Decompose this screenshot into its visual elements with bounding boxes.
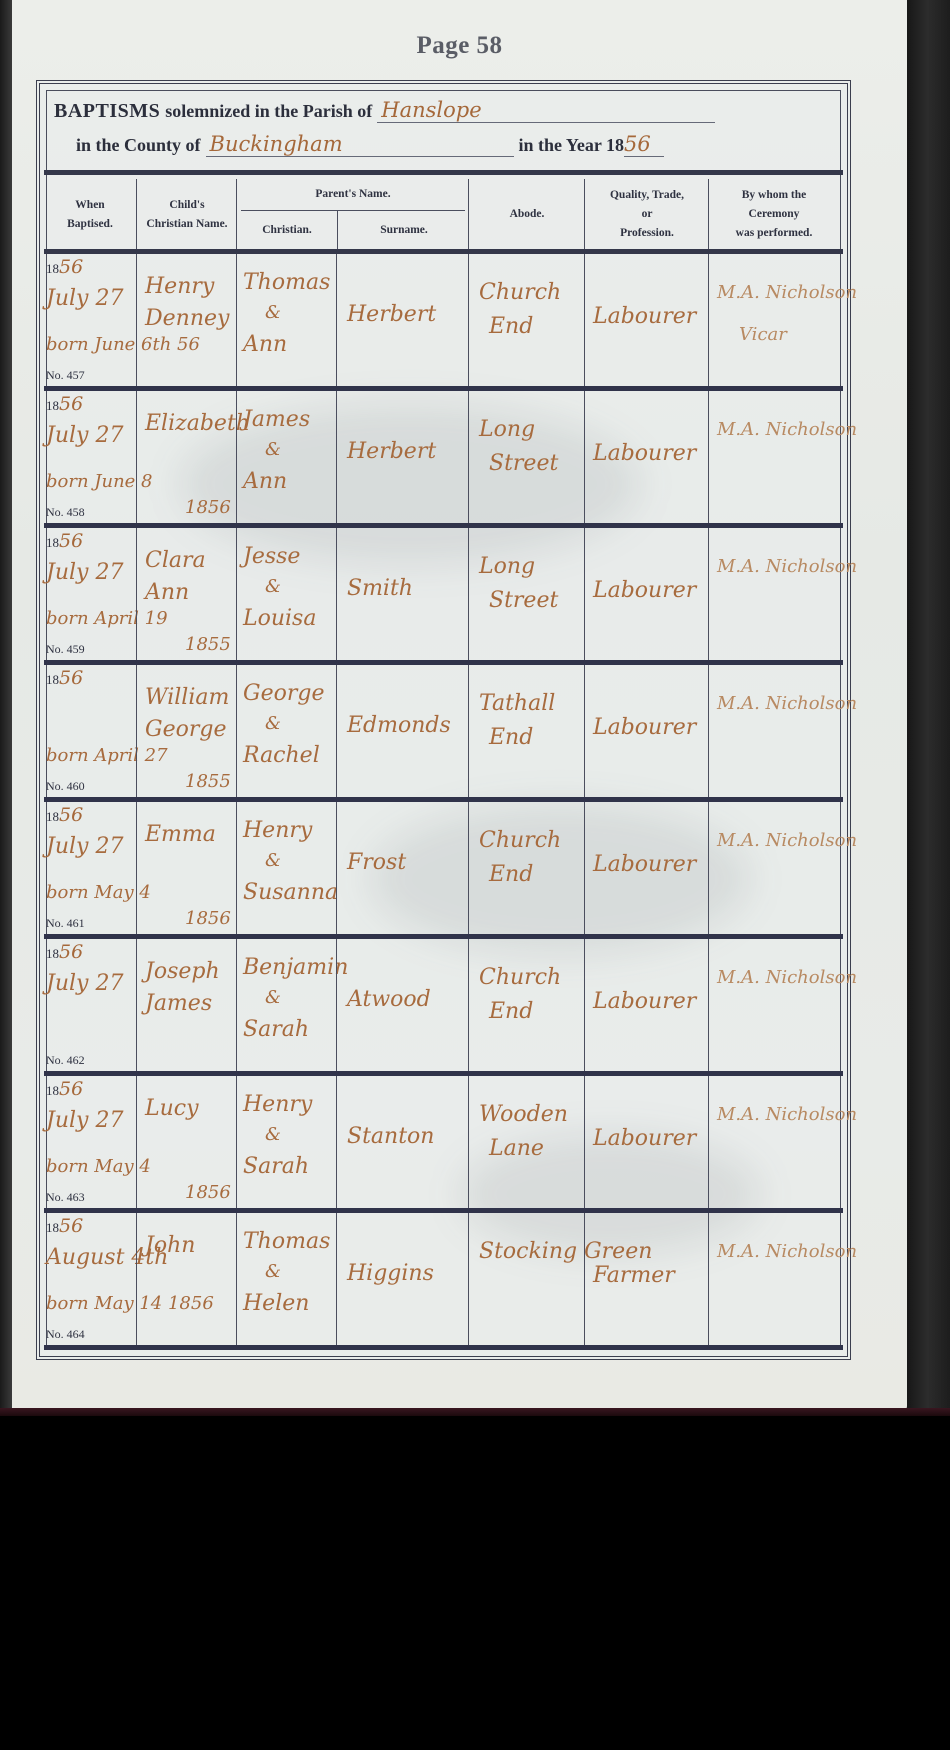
parents-ampersand: & (265, 441, 281, 459)
book-cover-left-edge (0, 0, 12, 1410)
surname: Herbert (347, 441, 436, 463)
entry-number: No. 462 (46, 1053, 85, 1068)
father-name: James (243, 409, 310, 431)
header-ceremony-by: By whom theCeremonywas performed. (708, 179, 839, 250)
county-name: Buckingham (206, 132, 514, 157)
birth-year: 1855 (185, 773, 231, 791)
mother-name: Ann (243, 471, 287, 493)
cell-profession: Labourer (584, 1076, 708, 1208)
register-entry: 1856 July 27 born May 4 No. 461 Emma 185… (44, 802, 843, 934)
baptism-date: July 27 (46, 1110, 123, 1132)
cell-child-name: Elizabeth 1856 (136, 391, 236, 523)
parents-ampersand: & (265, 304, 281, 322)
parish-name: Hanslope (377, 98, 715, 123)
profession: Labourer (593, 1128, 696, 1150)
entry-year: 1856 (46, 1215, 83, 1237)
parents-ampersand: & (265, 852, 281, 870)
cell-when-baptised: 1856 July 27 born May 4 No. 463 (44, 1076, 136, 1208)
register-year-suffix: 56 (624, 132, 664, 157)
child-first-name: William (145, 687, 229, 709)
officiant-name: M.A. Nicholson (717, 695, 857, 713)
child-second-name: Denney (145, 308, 229, 330)
abode-line-1: Wooden (479, 1104, 568, 1126)
profession: Labourer (593, 443, 696, 465)
cell-profession: Labourer (584, 528, 708, 660)
header-child-name: Child'sChristian Name. (136, 179, 237, 250)
mother-name: Susanna (243, 882, 338, 904)
cell-when-baptised: 1856 July 27 No. 462 (44, 939, 136, 1071)
officiant-name: M.A. Nicholson (717, 284, 857, 302)
abode-line-2: End (489, 316, 533, 338)
header-when-baptised: WhenBaptised. (44, 179, 136, 250)
surname: Higgins (347, 1263, 434, 1285)
entry-year: 1856 (46, 530, 83, 552)
cell-surname: Atwood (336, 939, 468, 1071)
cell-abode: Long Street (468, 391, 584, 523)
child-first-name: Henry (145, 276, 214, 298)
baptism-date: July 27 (46, 836, 123, 858)
register-entry: 1856 July 27 born June 6th 56 No. 457 He… (44, 254, 843, 386)
cell-profession: Labourer (584, 391, 708, 523)
cell-officiant: M.A. Nicholson (708, 391, 838, 523)
cell-when-baptised: 1856 July 27 born June 8 No. 458 (44, 391, 136, 523)
cell-surname: Frost (336, 802, 468, 934)
mother-name: Ann (243, 334, 287, 356)
cell-officiant: M.A. Nicholson (708, 1213, 838, 1345)
abode-line-1: Church (479, 282, 561, 304)
surname: Atwood (347, 989, 431, 1011)
register-entry: 1856 July 27 born April 19 No. 459 Clara… (44, 528, 843, 660)
officiant-name: M.A. Nicholson (717, 421, 857, 439)
cell-officiant: M.A. Nicholson (708, 802, 838, 934)
register-entry: 1856 July 27 born June 8 No. 458 Elizabe… (44, 391, 843, 523)
register-entry: 1856 born April 27 No. 460 William Georg… (44, 665, 843, 797)
father-name: Thomas (243, 272, 330, 294)
birth-year: 1856 (185, 1184, 231, 1202)
child-first-name: Lucy (145, 1098, 199, 1120)
entry-number: No. 458 (46, 505, 85, 520)
entry-year: 1856 (46, 804, 83, 826)
cell-profession: Labourer (584, 802, 708, 934)
cell-surname: Edmonds (336, 665, 468, 797)
cell-officiant: M.A. Nicholson (708, 939, 838, 1071)
header-abode: Abode. (468, 179, 585, 250)
father-name: Henry (243, 820, 312, 842)
cell-when-baptised: 1856 July 27 born May 4 No. 461 (44, 802, 136, 934)
entry-number: No. 459 (46, 642, 85, 657)
cell-abode: Church End (468, 254, 584, 386)
profession: Labourer (593, 580, 696, 602)
entry-year: 1856 (46, 667, 83, 689)
profession: Labourer (593, 306, 696, 328)
baptism-date: July 27 (46, 562, 123, 584)
parents-ampersand: & (265, 578, 281, 596)
cell-child-name: William George 1855 (136, 665, 236, 797)
officiant-name: M.A. Nicholson (717, 558, 857, 576)
father-name: Jesse (243, 546, 300, 568)
header-quality-trade: Quality, Trade,orProfession. (584, 179, 709, 250)
child-first-name: Joseph (145, 961, 220, 983)
abode-line-2: Lane (489, 1138, 544, 1160)
entry-number: No. 461 (46, 916, 85, 931)
cell-parents-christian: Henry & Susanna (236, 802, 336, 934)
baptism-register-table: BAPTISMS solemnized in the Parish of Han… (36, 80, 851, 1360)
cell-officiant: M.A. Nicholson (708, 528, 838, 660)
surname: Herbert (347, 304, 436, 326)
surname: Edmonds (347, 715, 451, 737)
mother-name: Rachel (243, 745, 320, 767)
surname: Stanton (347, 1126, 434, 1148)
abode-line-2: Street (489, 590, 558, 612)
father-name: Benjamin (243, 957, 348, 979)
abode-line-2: Street (489, 453, 558, 475)
cell-parents-christian: Thomas & Ann (236, 254, 336, 386)
cell-child-name: Lucy 1856 (136, 1076, 236, 1208)
abode-line-2: End (489, 727, 533, 749)
officiant-name: M.A. Nicholson (717, 969, 857, 987)
register-entry: 1856 July 27 born May 4 No. 463 Lucy 185… (44, 1076, 843, 1208)
header-parents-name-label: Parent's Name. (237, 179, 469, 210)
entry-year: 1856 (46, 256, 83, 278)
header-parents-name: Parent's Name. Christian. Surname. (236, 179, 469, 250)
father-name: Thomas (243, 1231, 330, 1253)
child-second-name: Ann (145, 582, 189, 604)
abode-line-1: Church (479, 830, 561, 852)
register-entry: 1856 July 27 No. 462 Joseph James Benjam… (44, 939, 843, 1071)
cell-when-baptised: 1856 born April 27 No. 460 (44, 665, 136, 797)
header-parents-christian: Christian. (237, 211, 337, 250)
mother-name: Louisa (243, 608, 316, 630)
child-first-name: John (145, 1235, 195, 1257)
cell-officiant: M.A. Nicholson (708, 1076, 838, 1208)
cell-surname: Higgins (336, 1213, 468, 1345)
cell-abode: Tathall End (468, 665, 584, 797)
mother-name: Sarah (243, 1019, 309, 1041)
officiant-name: M.A. Nicholson (717, 1243, 857, 1261)
surname: Smith (347, 578, 413, 600)
child-first-name: Emma (145, 824, 216, 846)
birth-year: 1855 (185, 636, 231, 654)
entry-number: No. 464 (46, 1327, 85, 1342)
profession: Farmer (593, 1265, 675, 1287)
title-baptisms: BAPTISMS (54, 100, 160, 122)
parents-ampersand: & (265, 989, 281, 1007)
page-number: Page 58 (12, 32, 907, 60)
cell-parents-christian: Benjamin & Sarah (236, 939, 336, 1071)
entry-number: No. 463 (46, 1190, 85, 1205)
cell-child-name: Joseph James (136, 939, 236, 1071)
entry-number: No. 457 (46, 368, 85, 383)
cell-surname: Smith (336, 528, 468, 660)
register-entry: 1856 August 4th born May 14 1856 No. 464… (44, 1213, 843, 1345)
cell-parents-christian: James & Ann (236, 391, 336, 523)
profession: Labourer (593, 717, 696, 739)
column-header-row: WhenBaptised. Child'sChristian Name. Par… (44, 179, 843, 250)
year-label: in the Year 18 (519, 135, 625, 155)
register-county-line: in the County of Buckingham in the Year … (76, 132, 664, 157)
baptism-date: July 27 (46, 973, 123, 995)
cell-profession: Farmer (584, 1213, 708, 1345)
mother-name: Sarah (243, 1156, 309, 1178)
cell-surname: Stanton (336, 1076, 468, 1208)
county-label: in the County of (76, 135, 201, 155)
register-page: Page 58 BAPTISMS solemnized in the Paris… (12, 0, 907, 1412)
cell-parents-christian: George & Rachel (236, 665, 336, 797)
profession: Labourer (593, 991, 696, 1013)
father-name: George (243, 683, 324, 705)
abode-line-1: Long (479, 419, 535, 441)
mother-name: Helen (243, 1293, 309, 1315)
page-bottom-edge (0, 1408, 950, 1416)
child-second-name: George (145, 719, 226, 741)
cell-profession: Labourer (584, 939, 708, 1071)
abode-line-1: Long (479, 556, 535, 578)
cell-abode: Church End (468, 939, 584, 1071)
abode-line-2: End (489, 864, 533, 886)
entry-year: 1856 (46, 1078, 83, 1100)
birth-year: 1856 (185, 499, 231, 517)
cell-officiant: M.A. Nicholson (708, 665, 838, 797)
cell-abode: Long Street (468, 528, 584, 660)
parents-ampersand: & (265, 1263, 281, 1281)
cell-child-name: Henry Denney (136, 254, 236, 386)
cell-abode: Wooden Lane (468, 1076, 584, 1208)
cell-child-name: Clara Ann 1855 (136, 528, 236, 660)
officiant-name: M.A. Nicholson (717, 832, 857, 850)
cell-when-baptised: 1856 August 4th born May 14 1856 No. 464 (44, 1213, 136, 1345)
parents-ampersand: & (265, 1126, 281, 1144)
officiant-title: Vicar (739, 326, 787, 344)
cell-parents-christian: Thomas & Helen (236, 1213, 336, 1345)
cell-officiant: M.A. Nicholson Vicar (708, 254, 838, 386)
cell-child-name: Emma 1856 (136, 802, 236, 934)
cell-parents-christian: Henry & Sarah (236, 1076, 336, 1208)
cell-profession: Labourer (584, 254, 708, 386)
cell-surname: Herbert (336, 254, 468, 386)
entry-year: 1856 (46, 393, 83, 415)
cell-abode: Church End (468, 802, 584, 934)
entry-year: 1856 (46, 941, 83, 963)
birth-year: 1856 (185, 910, 231, 928)
baptism-date: July 27 (46, 425, 123, 447)
abode-line-2: End (489, 1001, 533, 1023)
cell-when-baptised: 1856 July 27 born April 19 No. 459 (44, 528, 136, 660)
baptism-date: July 27 (46, 288, 123, 310)
cell-abode: Stocking Green (468, 1213, 584, 1345)
header-parents-surname: Surname. (337, 211, 470, 250)
father-name: Henry (243, 1094, 312, 1116)
book-cover-right-edge (905, 0, 950, 1410)
child-first-name: Elizabeth (145, 413, 250, 435)
entry-separator (44, 1345, 843, 1350)
officiant-name: M.A. Nicholson (717, 1106, 857, 1124)
cell-surname: Herbert (336, 391, 468, 523)
register-title-line: BAPTISMS solemnized in the Parish of Han… (54, 98, 715, 123)
title-parish-label: solemnized in the Parish of (165, 101, 372, 121)
cell-profession: Labourer (584, 665, 708, 797)
surname: Frost (347, 852, 406, 874)
abode-line-1: Tathall (479, 693, 555, 715)
abode-line-1: Church (479, 967, 561, 989)
child-second-name: James (145, 993, 212, 1015)
cell-when-baptised: 1856 July 27 born June 6th 56 No. 457 (44, 254, 136, 386)
profession: Labourer (593, 854, 696, 876)
cell-child-name: John (136, 1213, 236, 1345)
entry-number: No. 460 (46, 779, 85, 794)
cell-parents-christian: Jesse & Louisa (236, 528, 336, 660)
parents-ampersand: & (265, 715, 281, 733)
child-first-name: Clara (145, 550, 206, 572)
